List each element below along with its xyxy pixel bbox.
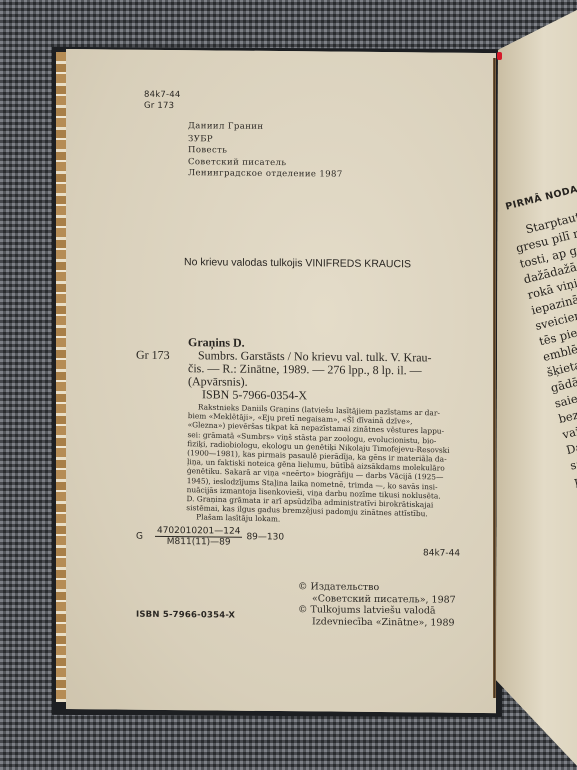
- index-formula: G 4702010201—124 M811(11)—89 89—130: [136, 526, 284, 548]
- catalog-abstract: Rakstnieks Daniils Graņins (latviešu las…: [186, 402, 450, 528]
- bottom-isbn: ISBN 5-7966-0354-X: [136, 610, 235, 621]
- copyright-symbol: ©: [298, 604, 308, 615]
- call-number-top: Gr 173: [144, 101, 174, 111]
- catalog-isbn: ISBN 5-7966-0354-X: [202, 388, 307, 402]
- book-gutter: [493, 58, 496, 698]
- index-denominator: M811(11)—89: [155, 537, 242, 548]
- index-numerator: 4702010201—124: [155, 526, 242, 538]
- copyright-symbol: ©: [298, 581, 308, 592]
- catalog-call-number: Gr 173: [136, 349, 170, 362]
- index-suffix: 89—130: [246, 532, 284, 542]
- copyright-original: © Издательство «Советский писатель», 198…: [298, 581, 456, 606]
- translator-line: No krievu valodas tulkojis VINIFREDS KRA…: [184, 256, 411, 270]
- original-publisher: Советский писатель: [188, 157, 286, 168]
- bookmark-ribbon: [497, 52, 502, 60]
- copyright-line: Izdevniecība «Zinātne», 1989: [298, 616, 455, 629]
- original-genre: Повесть: [188, 145, 227, 155]
- left-page-imprint: 84k7-44 Gr 173 Даниил Гранин ЗУБР Повест…: [66, 49, 496, 713]
- bbk-code-top: 84k7-44: [144, 90, 180, 100]
- original-author: Даниил Гранин: [188, 121, 263, 132]
- original-place-year: Ленинградское отделение 1987: [188, 168, 343, 179]
- copyright-line: Издательство: [311, 581, 380, 593]
- index-fraction: 4702010201—124 M811(11)—89: [155, 526, 242, 548]
- copyright-translation: © Tulkojums latviešu valodā Izdevniecība…: [298, 604, 455, 629]
- index-letter: G: [136, 531, 143, 541]
- copyright-line: Tulkojums latviešu valodā: [311, 604, 436, 616]
- bbk-code-bottom: 84k7-44: [423, 548, 460, 558]
- original-title: ЗУБР: [188, 134, 213, 144]
